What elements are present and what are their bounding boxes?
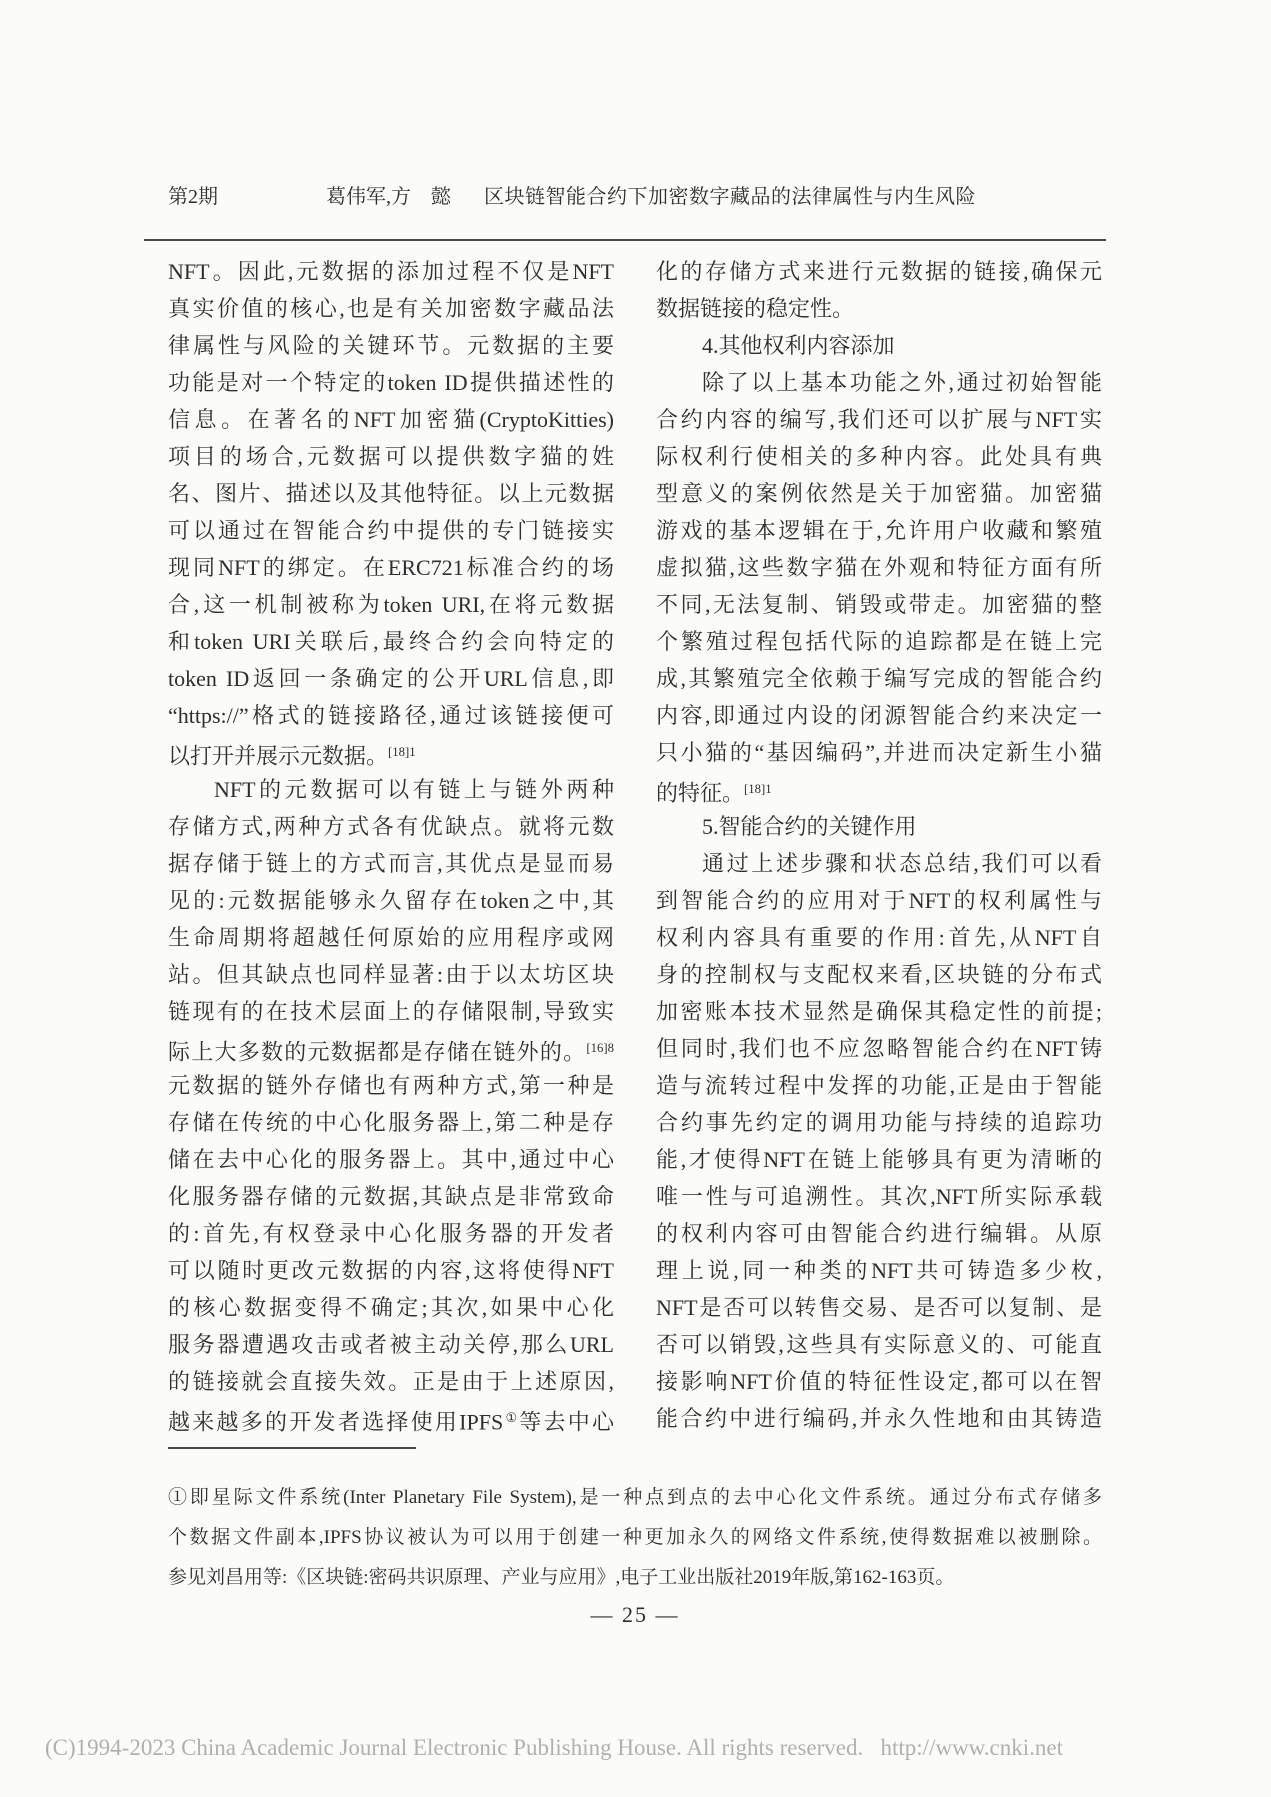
- text-line: 身的控制权与支配权来看,区块链的分布式: [656, 956, 1102, 993]
- text-line: 可以通过在智能合约中提供的专门链接实: [168, 512, 614, 549]
- text-line: 律属性与风险的关键环节。元数据的主要: [168, 327, 614, 364]
- text-line: 的权利内容可由智能合约进行编辑。从原: [656, 1215, 1102, 1252]
- text-line: NFT。因此,元数据的添加过程不仅是NFT: [168, 253, 614, 290]
- text-line: 内容,即通过内设的闭源智能合约来决定一: [656, 697, 1102, 734]
- text-line: 合约事先约定的调用功能与持续的追踪功: [656, 1104, 1102, 1141]
- text-line: 虚拟猫,这些数字猫在外观和特征方面有所: [656, 549, 1102, 586]
- text-line: 4.其他权利内容添加: [656, 327, 1102, 364]
- text-line: 的核心数据变得不确定;其次,如果中心化: [168, 1289, 614, 1326]
- text-line: 越来越多的开发者选择使用IPFS①等去中心: [168, 1400, 614, 1437]
- text-line: 项目的场合,元数据可以提供数字猫的姓: [168, 438, 614, 475]
- issue-label: 第2期: [168, 184, 218, 210]
- text-line: 能,才使得NFT在链上能够具有更为清晰的: [656, 1141, 1102, 1178]
- superscript-ref: [18]1: [388, 745, 416, 759]
- copyright-text: (C)1994-2023 China Academic Journal Elec…: [45, 1734, 863, 1762]
- text-line: 名、图片、描述以及其他特征。以上元数据: [168, 475, 614, 512]
- text-line: 否可以销毁,这些具有实际意义的、可能直: [656, 1326, 1102, 1363]
- text-line: 储在去中心化的服务器上。其中,通过中心: [168, 1141, 614, 1178]
- article-title: 区块链智能合约下加密数字藏品的法律属性与内生风险: [484, 184, 976, 210]
- superscript-ref: [16]8: [586, 1041, 614, 1055]
- text-line: NFT的元数据可以有链上与链外两种: [168, 771, 614, 808]
- text-line: 通过上述步骤和状态总结,我们可以看: [656, 845, 1102, 882]
- text-line: 但同时,我们也不应忽略智能合约在NFT铸: [656, 1030, 1102, 1067]
- text-line: 据存储于链上的方式而言,其优点是显而易: [168, 845, 614, 882]
- text-line: 化服务器存储的元数据,其缺点是非常致命: [168, 1178, 614, 1215]
- text-line: 站。但其缺点也同样显著:由于以太坊区块: [168, 956, 614, 993]
- text-line: 以打开并展示元数据。[18]1: [168, 734, 614, 771]
- article-body: NFT。因此,元数据的添加过程不仅是NFT真实价值的核心,也是有关加密数字藏品法…: [168, 253, 1102, 1437]
- cnki-url: http://www.cnki.net: [881, 1734, 1063, 1762]
- text-line: 的:首先,有权登录中心化服务器的开发者: [168, 1215, 614, 1252]
- text-line: 际权利行使相关的多种内容。此处具有典: [656, 438, 1102, 475]
- text-line: 合,这一机制被称为token URI,在将元数据: [168, 586, 614, 623]
- text-line: 型意义的案例依然是关于加密猫。加密猫: [656, 475, 1102, 512]
- text-line: “https://”格式的链接路径,通过该链接便可: [168, 697, 614, 734]
- text-line: 游戏的基本逻辑在于,允许用户收藏和繁殖: [656, 512, 1102, 549]
- text-line: 合约内容的编写,我们还可以扩展与NFT实: [656, 401, 1102, 438]
- text-line: 5.智能合约的关键作用: [656, 808, 1102, 845]
- page-number: — 25 —: [168, 1602, 1102, 1628]
- text-line: 数据链接的稳定性。: [656, 290, 1102, 327]
- text-line: 的链接就会直接失效。正是由于上述原因,: [168, 1363, 614, 1400]
- text-line: 个繁殖过程包括代际的追踪都是在链上完: [656, 623, 1102, 660]
- text-line: 到智能合约的应用对于NFT的权利属性与: [656, 882, 1102, 919]
- superscript-ref: ①: [503, 1411, 519, 1425]
- text-line: 元数据的链外存储也有两种方式,第一种是: [168, 1067, 614, 1104]
- text-line: 的特征。[18]1: [656, 771, 1102, 808]
- text-line: NFT是否可以转售交易、是否可以复制、是: [656, 1289, 1102, 1326]
- authors-label: 葛伟军,方 懿: [326, 184, 451, 210]
- text-line: 功能是对一个特定的token ID提供描述性的: [168, 364, 614, 401]
- text-line: 能合约中进行编码,并永久性地和由其铸造: [656, 1400, 1102, 1437]
- text-line: 存储方式,两种方式各有优缺点。就将元数: [168, 808, 614, 845]
- running-header: 第2期 葛伟军,方 懿 区块链智能合约下加密数字藏品的法律属性与内生风险: [168, 184, 1102, 210]
- text-line: 服务器遭遇攻击或者被主动关停,那么URL: [168, 1326, 614, 1363]
- text-line: 见的:元数据能够永久留存在token之中,其: [168, 882, 614, 919]
- text-line: 和token URI关联后,最终合约会向特定的: [168, 623, 614, 660]
- footnote-block: ①即星际文件系统(Inter Planetary File System),是一…: [168, 1478, 1102, 1598]
- text-line: 现同NFT的绑定。在ERC721标准合约的场: [168, 549, 614, 586]
- text-line: 链现有的在技术层面上的存储限制,导致实: [168, 993, 614, 1030]
- text-line: ①即星际文件系统(Inter Planetary File System),是一…: [168, 1478, 1102, 1518]
- text-line: 理上说,同一种类的NFT共可铸造多少枚,: [656, 1252, 1102, 1289]
- text-line: 接影响NFT价值的特征性设定,都可以在智: [656, 1363, 1102, 1400]
- text-line: 加密账本技术显然是确保其稳定性的前提;: [656, 993, 1102, 1030]
- scan-footer: (C)1994-2023 China Academic Journal Elec…: [45, 1734, 1063, 1762]
- text-line: 成,其繁殖完全依赖于编写完成的智能合约: [656, 660, 1102, 697]
- text-line: 真实价值的核心,也是有关加密数字藏品法: [168, 290, 614, 327]
- text-line: token ID返回一条确定的公开URL信息,即: [168, 660, 614, 697]
- text-line: 除了以上基本功能之外,通过初始智能: [656, 364, 1102, 401]
- footnote-separator: [168, 1447, 416, 1449]
- text-line: 只小猫的“基因编码”,并进而决定新生小猫: [656, 734, 1102, 771]
- text-line: 个数据文件副本,IPFS协议被认为可以用于创建一种更加永久的网络文件系统,使得数…: [168, 1518, 1102, 1558]
- right-column: 化的存储方式来进行元数据的链接,确保元数据链接的稳定性。4.其他权利内容添加除了…: [656, 253, 1102, 1437]
- text-line: 权利内容具有重要的作用:首先,从NFT自: [656, 919, 1102, 956]
- text-line: 化的存储方式来进行元数据的链接,确保元: [656, 253, 1102, 290]
- text-line: 造与流转过程中发挥的功能,正是由于智能: [656, 1067, 1102, 1104]
- header-rule: [144, 239, 1106, 241]
- text-line: 可以随时更改元数据的内容,这将使得NFT: [168, 1252, 614, 1289]
- text-line: 参见刘昌用等:《区块链:密码共识原理、产业与应用》,电子工业出版社2019年版,…: [168, 1558, 1102, 1598]
- journal-page: 第2期 葛伟军,方 懿 区块链智能合约下加密数字藏品的法律属性与内生风险 NFT…: [0, 0, 1271, 1797]
- superscript-ref: [18]1: [744, 782, 772, 796]
- text-line: 不同,无法复制、销毁或带走。加密猫的整: [656, 586, 1102, 623]
- text-line: 生命周期将超越任何原始的应用程序或网: [168, 919, 614, 956]
- left-column: NFT。因此,元数据的添加过程不仅是NFT真实价值的核心,也是有关加密数字藏品法…: [168, 253, 614, 1437]
- text-line: 唯一性与可追溯性。其次,NFT所实际承载: [656, 1178, 1102, 1215]
- text-line: 信息。在著名的NFT加密猫(CryptoKitties): [168, 401, 614, 438]
- text-line: 际上大多数的元数据都是存储在链外的。[16]8: [168, 1030, 614, 1067]
- text-line: 存储在传统的中心化服务器上,第二种是存: [168, 1104, 614, 1141]
